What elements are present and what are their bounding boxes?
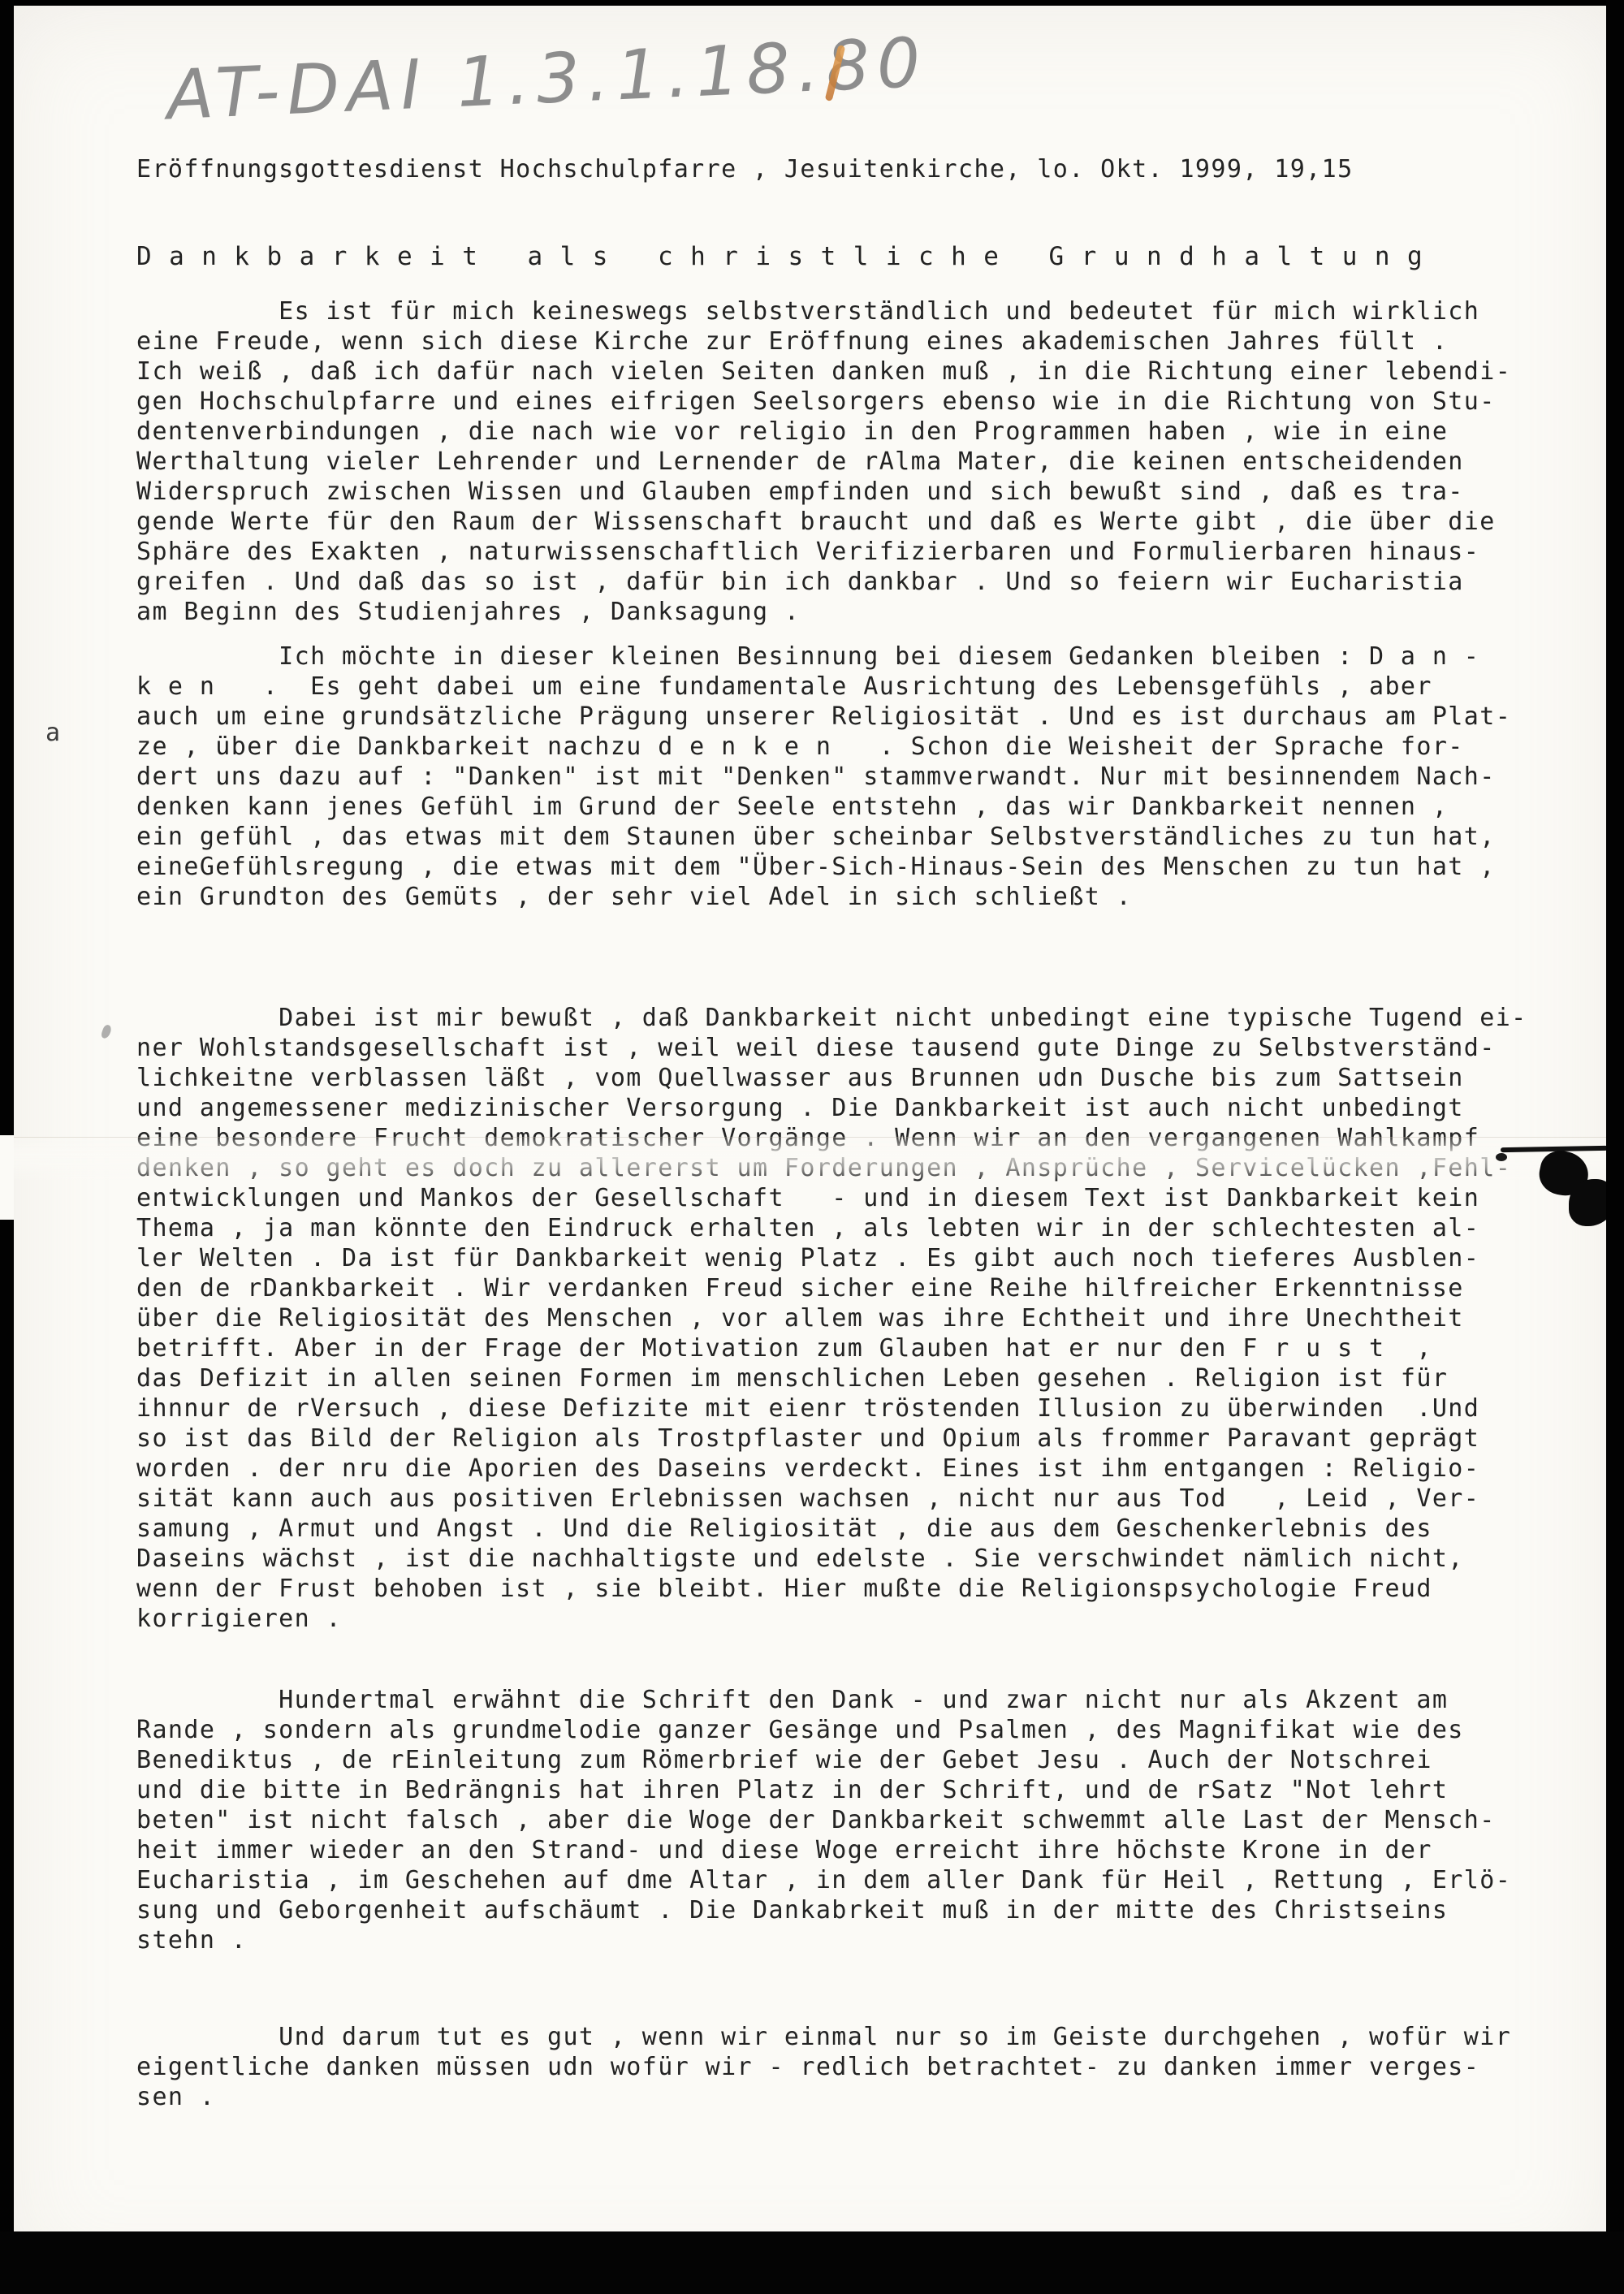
paper-crease-fade [14, 1137, 1606, 1180]
paragraph-5: Und darum tut es gut , wenn wir einmal n… [136, 2022, 1610, 2112]
document-title: D a n k b a r k e i t a l s c h r i s t … [136, 242, 1610, 272]
scanned-typescript-page: AT-DAI 1.3.1.18.80 Eröffnungsgottesdiens… [0, 0, 1624, 2294]
paragraph-2: Ich möchte in dieser kleinen Besinnung b… [136, 642, 1610, 912]
scan-border-right [1606, 0, 1624, 2294]
ink-blot-speck [1496, 1153, 1507, 1161]
paragraph-3: Dabei ist mir bewußt , daß Dankbarkeit n… [136, 1003, 1610, 1634]
scan-border-left-gap [0, 1135, 14, 1220]
paragraph-1: Es ist für mich keineswegs selbstverstän… [136, 296, 1610, 627]
pencil-smudge-mark [101, 1024, 113, 1039]
scan-border-top [0, 0, 1624, 6]
handwritten-archival-note: AT-DAI 1.3.1.18.80 [165, 23, 929, 136]
paragraph-4: Hundertmal erwähnt die Schrift den Dank … [136, 1685, 1610, 1955]
scan-border-bottom [0, 2231, 1624, 2294]
document-header-line: Eröffnungsgottesdienst Hochschulpfarre ,… [136, 154, 1610, 184]
margin-note-a: a [45, 719, 60, 747]
